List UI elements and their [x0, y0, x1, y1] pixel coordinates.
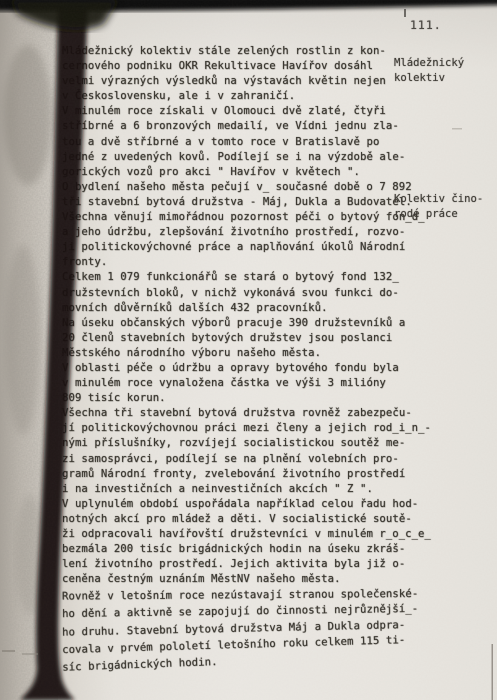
- text-line-5: V minulém roce získali v Olomouci dvě zl…: [62, 104, 408, 119]
- smudge: [16, 495, 44, 615]
- page-edge-line: [492, 644, 494, 700]
- text-line-6: stříbrné a 6 bronzových medailí, ve Vídn…: [62, 119, 408, 134]
- text-line-31: V uplynulém období uspořádala například …: [62, 497, 408, 512]
- margin-note-line: rodé práce: [394, 207, 483, 222]
- typewritten-body: Mládežnický kolektiv stále zelených rost…: [62, 44, 408, 663]
- text-line-33: ži odpracovali havířovští družstevníci v…: [62, 527, 408, 542]
- smudge: [6, 245, 40, 435]
- margin-note-line: Mládežnický: [394, 56, 464, 71]
- text-line-8: jedné z uvedených kovů. Podílejí se i na…: [62, 150, 408, 165]
- margin-note-line: Kolektiv čino-: [394, 192, 483, 207]
- text-line-24: 809 tisíc korun.: [62, 391, 408, 406]
- text-line-10: O bydlení našeho města pečují v̲ současn…: [62, 180, 408, 195]
- smudge: [4, 45, 52, 185]
- text-line-26: jí politickovýchovnou práci mezi členy a…: [62, 421, 408, 436]
- margin-note-kolektiv-cinorode-prace: Kolektiv čino- rodé práce: [394, 192, 483, 222]
- text-line-36: ceněna čestným uznáním MěstNV našeho měs…: [62, 572, 408, 587]
- text-line-9: gorických vozů pro akci " Havířov v květ…: [62, 165, 408, 180]
- text-line-12: Všechna věnují mimořádnou pozornost péči…: [62, 210, 408, 225]
- top-left-shadow-blob: [12, 0, 118, 30]
- stray-dash: [2, 650, 15, 652]
- scanned-typewritten-page: 111. Mládežnický kolektiv stále zelených…: [0, 0, 497, 700]
- text-line-16: Celkem 1 079 funkcionářů se stará o byto…: [62, 270, 408, 285]
- text-line-17: družstevních bloků, v nichž vykonává svo…: [62, 286, 408, 301]
- page-number: 111.: [410, 18, 442, 32]
- text-line-7: tou a dvě stříbrné a v tomto roce v Brat…: [62, 135, 408, 150]
- text-line-34: bezmála 200 tisíc brigádnických hodin na…: [62, 542, 408, 557]
- text-line-11: tři stavební bytová družstva - Máj, Dukl…: [62, 195, 408, 210]
- text-line-27: nými příslušníky, rozvíjejí socialistick…: [62, 436, 408, 451]
- stray-tick: [404, 9, 406, 17]
- text-line-19: Na úseku občanských výborů pracuje 390 d…: [62, 316, 408, 331]
- margin-note-mladeznicky-kolektiv: Mládežnický kolektiv: [394, 56, 464, 86]
- stray-dash: [452, 128, 462, 130]
- top-edge-band: [0, 0, 497, 11]
- margin-note-line: kolektiv: [394, 71, 464, 86]
- text-line-30: i na investičních a neinvestičních akcíc…: [62, 482, 408, 497]
- text-line-32: notných akcí pro mládež a děti. V social…: [62, 512, 408, 527]
- text-line-23: v minulém roce vynaložena částka ve výši…: [62, 376, 408, 391]
- text-line-2: cernového podniku OKR Rekultivace Havířo…: [62, 59, 408, 74]
- text-line-29: gramů Národní fronty, zvelebování životn…: [62, 467, 408, 482]
- stray-dash: [22, 653, 38, 655]
- text-line-14: ji politickovýchovné práce a naplňování …: [62, 240, 408, 255]
- text-line-20: 20 členů stavebních bytových družstev js…: [62, 331, 408, 346]
- text-line-15: fronty.: [62, 255, 408, 270]
- left-grain-strip: [0, 0, 58, 700]
- text-line-4: v Československu, ale i v zahraničí.: [62, 89, 408, 104]
- text-line-25: Všechna tři stavební bytová družstva rov…: [62, 406, 408, 421]
- text-line-18: movních důvěrníků dalších 432 pracovníků…: [62, 301, 408, 316]
- text-line-21: Městského národního výboru našeho města.: [62, 346, 408, 361]
- text-line-13: a jeho údržbu, zlepšování životního pros…: [62, 225, 408, 240]
- text-line-28: zi samosprávci, podílejí se na plnění vo…: [62, 452, 408, 467]
- text-line-22: V oblasti péče o údržbu a opravy bytovéh…: [62, 361, 408, 376]
- text-line-3: velmi výrazných výsledků na výstavách kv…: [62, 74, 408, 89]
- text-line-1: Mládežnický kolektiv stále zelených rost…: [62, 44, 408, 59]
- text-line-35: lení životního prostředí. Jejich aktivit…: [62, 557, 408, 572]
